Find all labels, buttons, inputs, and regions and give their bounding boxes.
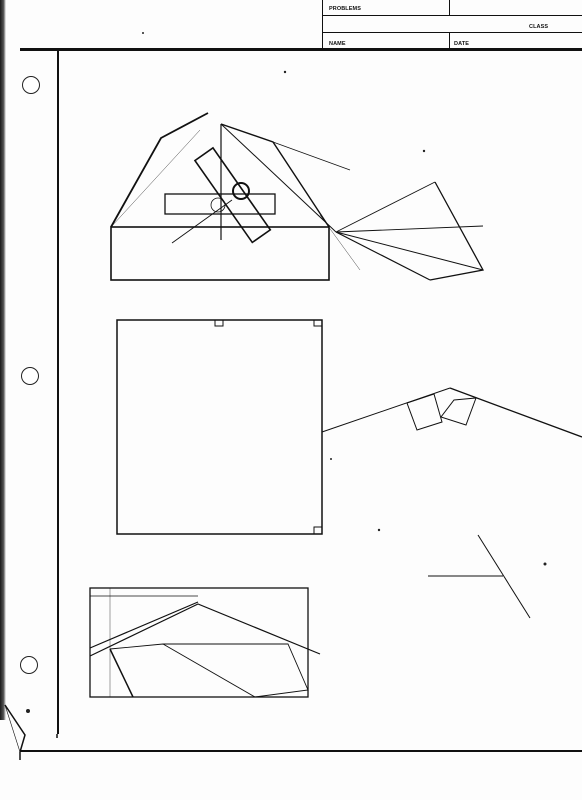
square-front-view (117, 320, 322, 534)
upper-auxiliary-view (111, 113, 350, 280)
lower-section-view (90, 588, 320, 697)
drawing-canvas (0, 0, 582, 800)
perpendicular-construction (428, 535, 530, 618)
page-corner-tab (5, 705, 57, 760)
scan-noise (26, 32, 547, 713)
projection-fan (320, 182, 483, 280)
inclined-view (322, 388, 582, 437)
drawing-sheet: PROBLEMS CLASS NAME DATE (0, 0, 582, 800)
